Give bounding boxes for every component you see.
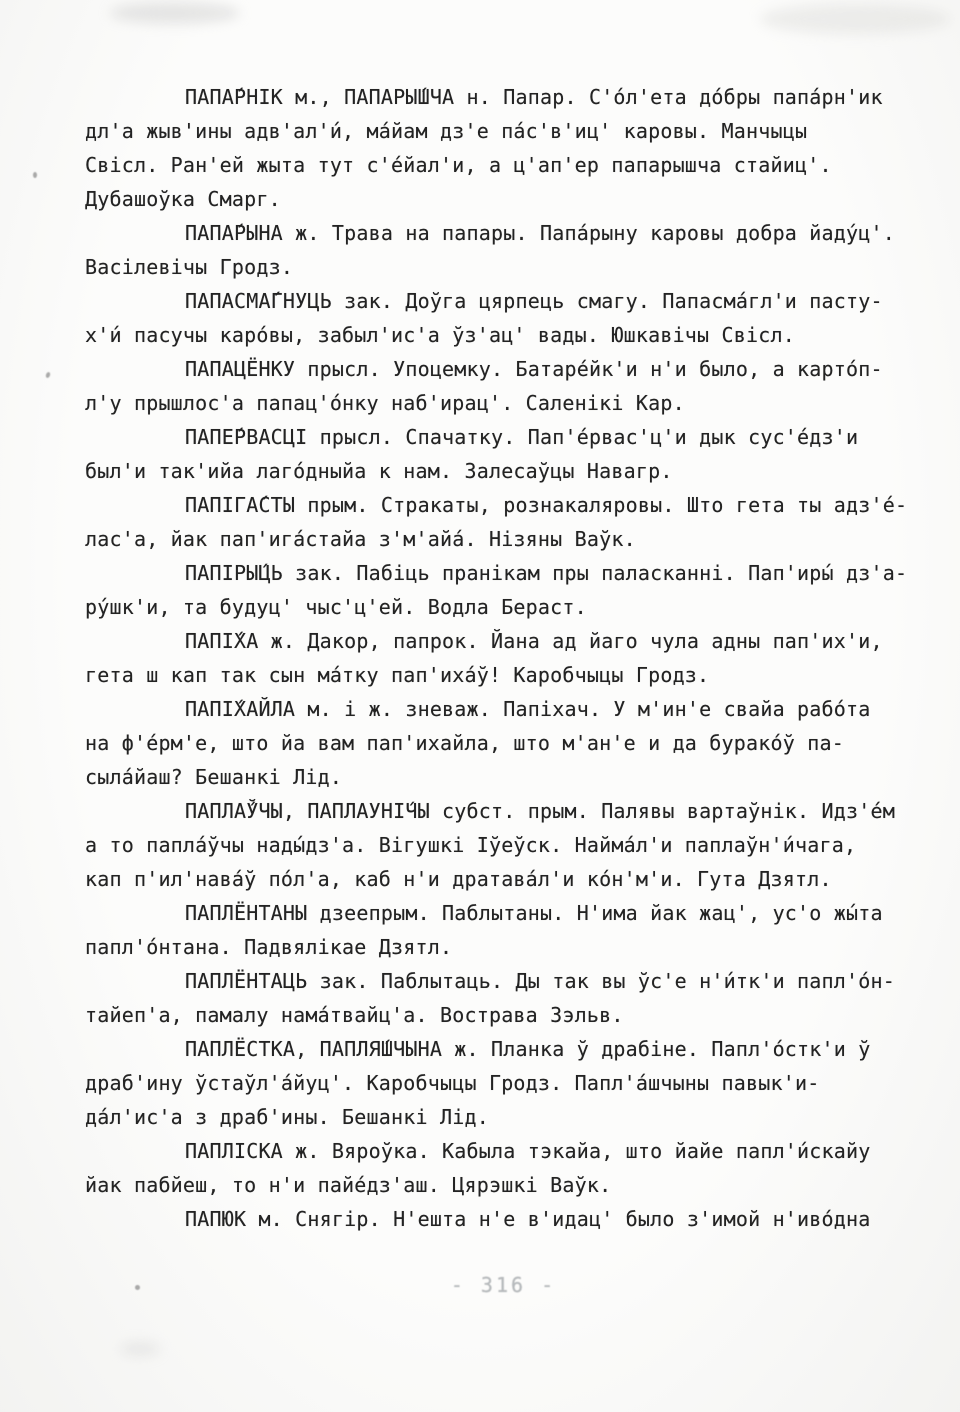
dictionary-entry: ПАПЛЁНТАЦЬ зак. Паблытаць. Ды так вы ўс'… (85, 964, 922, 1032)
dictionary-entry: ПАПІРЫ́ЦЬ зак. Пабіць пранікам пры палас… (85, 556, 922, 624)
dictionary-entry: ПАПІГА́СТЫ прым. Стракаты, рознакаляровы… (85, 488, 922, 556)
dictionary-entry: ПАПАСМА́ГНУЦЬ зак. Доўга цярпець смагу. … (85, 284, 922, 352)
dictionary-entry: ПАПЛЁНТАНЫ дзеепрым. Паблытаны. Н'има йа… (85, 896, 922, 964)
scan-smudge (120, 1342, 160, 1356)
dictionary-entry: ПАПА́РНІК м., ПАПАРЫ́ШЧА н. Папар. С'о́л… (85, 80, 922, 216)
page-content: ПАПА́РНІК м., ПАПАРЫ́ШЧА н. Папар. С'о́л… (85, 0, 922, 1302)
dictionary-entry: ПАПІ́ХА ж. Дакор, папрок. Йана ад йаго ч… (85, 624, 922, 692)
dictionary-entry: ПАПА́РЫНА ж. Трава на папары. Папа́рыну … (85, 216, 922, 284)
dictionary-entry: ПАПЕ́РВАСЦІ прысл. Спачатку. Пап'е́рвас'… (85, 420, 922, 488)
dictionary-entry: ПАПЮК м. Снягір. Н'ешта н'е в'идац' было… (85, 1202, 922, 1236)
dictionary-entry: ПАПІ́ХАЙЛА м. і ж. зневаж. Папіхач. У м'… (85, 692, 922, 794)
dictionary-entry: ПАПЛІСКА ж. Вяроўка. Кабыла тэкайа, што … (85, 1134, 922, 1202)
scan-speck (45, 371, 51, 378)
dictionary-entry: ПАПЛА́ЎЧЫ, ПАПЛАУНІ́ЧЫ субст. прым. Паля… (85, 794, 922, 896)
scan-speck (33, 172, 37, 178)
scanned-dictionary-page: ПАПА́РНІК м., ПАПАРЫ́ШЧА н. Папар. С'о́л… (0, 0, 960, 1412)
dictionary-entry: ПАПАЦЁНКУ прысл. Упоцемку. Батаре́йк'и н… (85, 352, 922, 420)
entries: ПАПА́РНІК м., ПАПАРЫ́ШЧА н. Папар. С'о́л… (85, 80, 922, 1236)
page-number: - 316 - (85, 1268, 922, 1302)
dictionary-entry: ПАПЛЁСТКА, ПАПЛЯ́ШЧЫНА ж. Планка ў драбі… (85, 1032, 922, 1134)
